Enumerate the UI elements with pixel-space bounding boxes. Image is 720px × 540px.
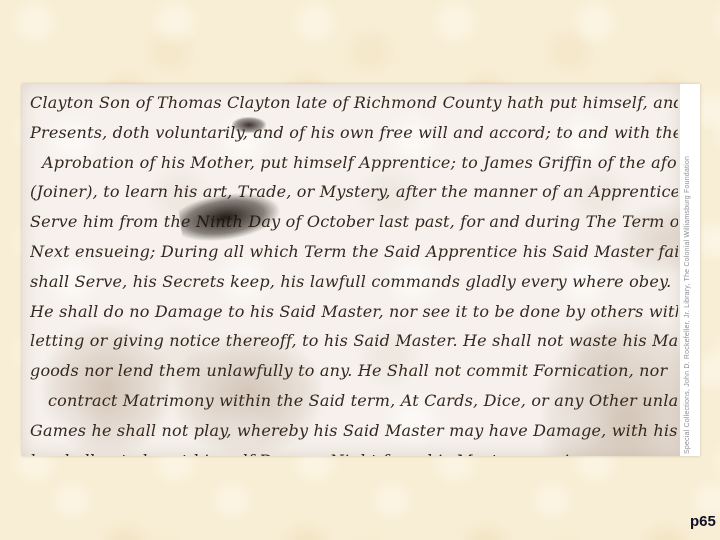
slide-background: { "slide": { "background_color": "#f8eed…	[0, 0, 720, 540]
page-number: p65	[690, 513, 716, 530]
document-photo: Clayton Son of Thomas Clayton late of Ri…	[22, 84, 700, 456]
manuscript-line: contract Matrimony within the Said term,…	[30, 386, 678, 416]
manuscript-text: Clayton Son of Thomas Clayton late of Ri…	[30, 88, 678, 456]
manuscript-line: (Joiner), to learn his art, Trade, or My…	[30, 177, 678, 207]
manuscript-line: He shall do no Damage to his Said Master…	[30, 297, 678, 327]
manuscript-line: Presents, doth voluntarily, and of his o…	[30, 118, 678, 148]
manuscript-parchment: Clayton Son of Thomas Clayton late of Ri…	[22, 84, 680, 456]
manuscript-line: Games he shall not play, whereby his Sai…	[30, 416, 678, 446]
manuscript-line: Next ensueing; During all which Term the…	[30, 237, 678, 267]
manuscript-line: goods nor lend them unlawfully to any. H…	[30, 356, 678, 386]
manuscript-line: letting or giving notice thereoff, to hi…	[30, 326, 678, 356]
manuscript-line: Clayton Son of Thomas Clayton late of Ri…	[30, 88, 678, 118]
manuscript-line: Aprobation of his Mother, put himself Ap…	[30, 148, 678, 178]
manuscript-line: Serve him from the Ninth Day of October …	[30, 207, 678, 237]
photo-credit-line: Special Collections, John D. Rockefeller…	[684, 156, 691, 454]
manuscript-line: shall Serve, his Secrets keep, his lawfu…	[30, 267, 678, 297]
manuscript-line-partial: he shall not absent himself Day nor Nigh…	[30, 446, 678, 456]
photo-credit-strip: Special Collections, John D. Rockefeller…	[680, 84, 700, 456]
